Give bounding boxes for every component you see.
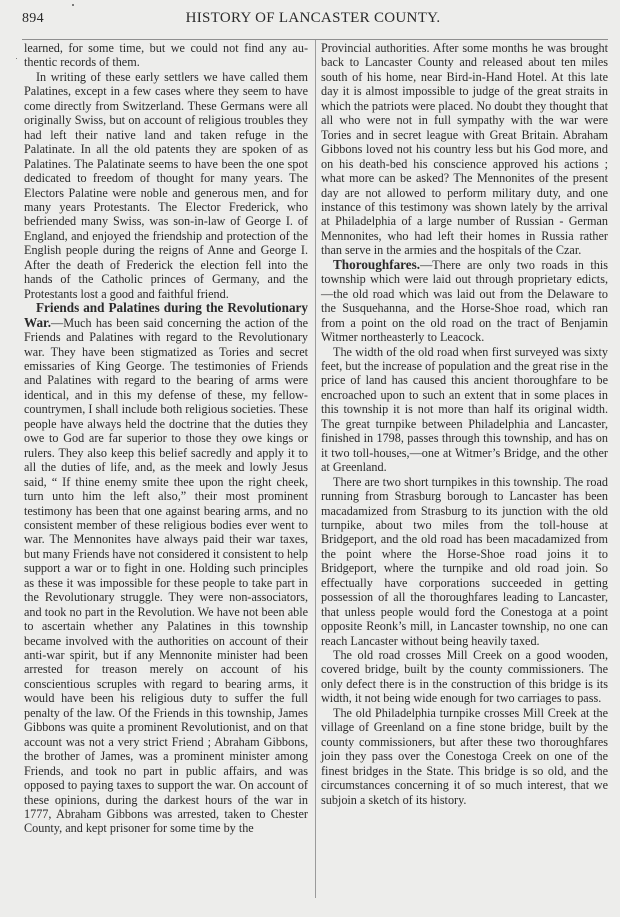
page-header: 894 HISTORY OF LANCASTER COUNTY. [22,10,604,34]
right-column: Provincial authorities. After some month… [321,41,608,807]
column-divider [315,40,316,898]
paragraph: The width of the old road when first sur… [321,345,608,475]
paragraph-continuation: learned, for some time, but we could not… [24,41,308,70]
paragraph: The old road crosses Mill Creek on a goo… [321,648,608,706]
paragraph-section-thoroughfares: Thoroughfares.—There are only two roads … [321,258,608,345]
running-title: HISTORY OF LANCASTER COUNTY. [22,10,604,27]
section-heading: Thoroughfares. [333,257,420,272]
paragraph: There are two short turnpikes in this to… [321,475,608,648]
book-page: 894 HISTORY OF LANCASTER COUNTY. learned… [0,0,620,917]
scan-speck [72,4,74,6]
paragraph: In writing of these early settlers we ha… [24,70,308,301]
left-column: learned, for some time, but we could not… [24,41,308,836]
paragraph-continuation: Provincial authorities. After some month… [321,41,608,258]
paragraph-section-revolutionary-war: Friends and Palatines during the Revolut… [24,301,308,836]
section-body: —Much has been said concerning the actio… [24,316,308,836]
paragraph: The old Philadelphia turnpike crosses Mi… [321,706,608,807]
scan-speck [16,58,17,59]
